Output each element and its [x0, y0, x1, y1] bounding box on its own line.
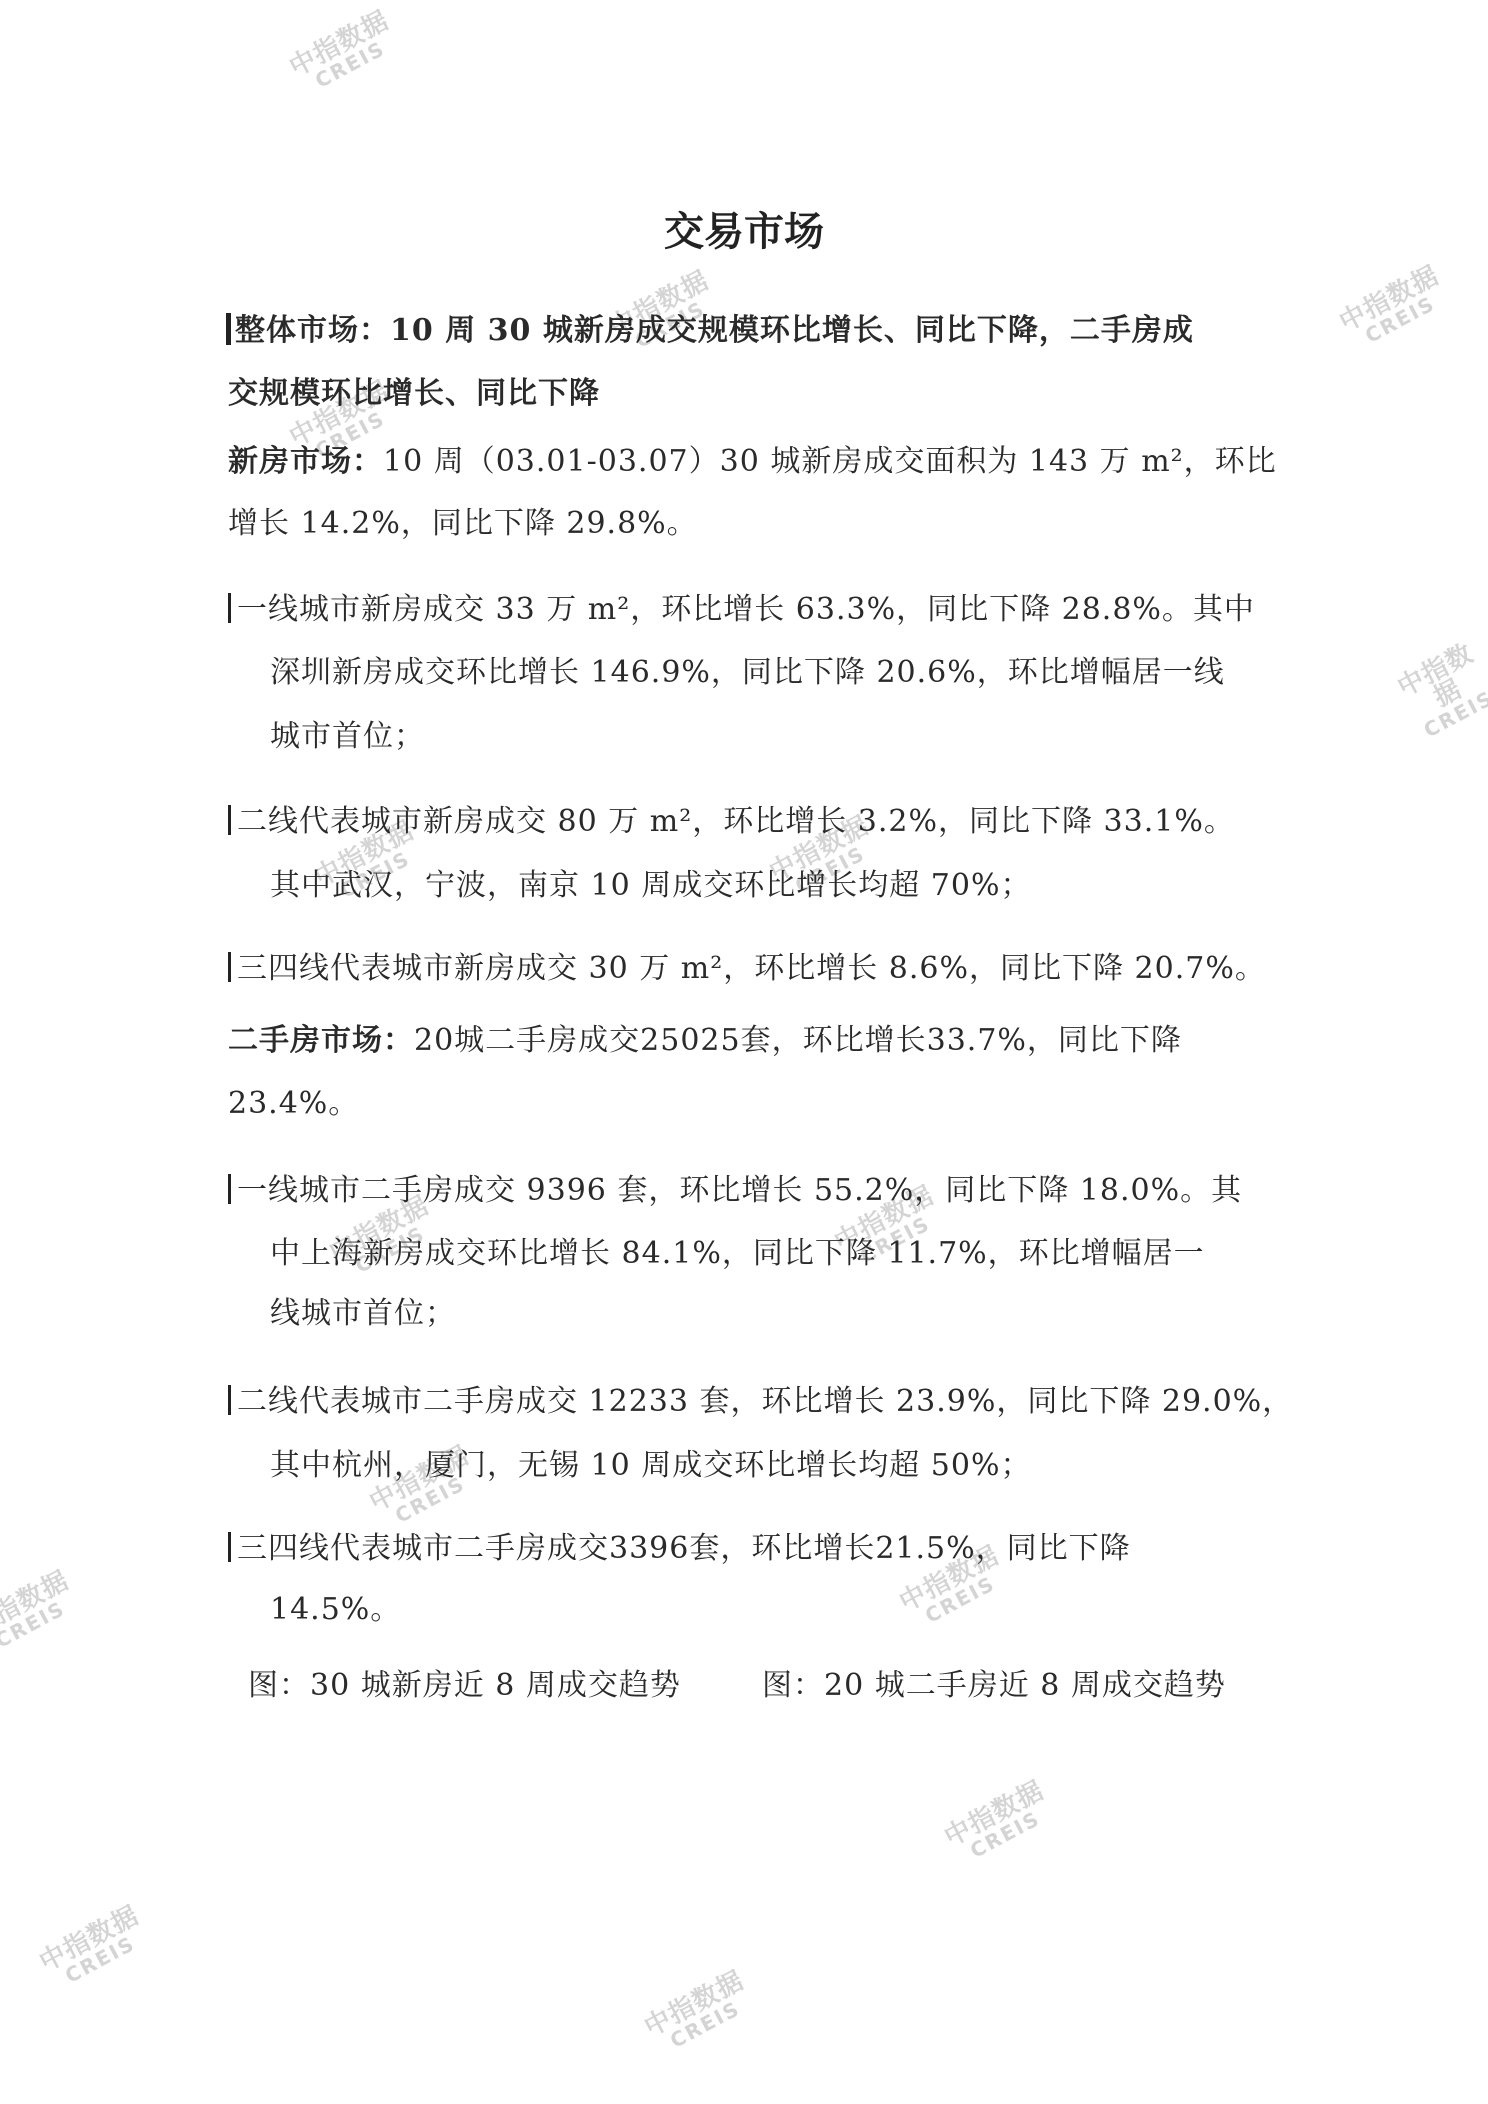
- overall-line-2: 交规模环比增长、同比下降: [228, 368, 1268, 412]
- second-hand-bullet-tier1: 一线城市二手房成交 9396 套，环比增长 55.2%，同比下降 18.0%。其: [228, 1165, 1268, 1209]
- new-house-label: 新房市场：: [228, 444, 383, 479]
- new-house-bullet-tier1-line3: 城市首位；: [270, 711, 1310, 755]
- second-hand-line-1: 20城二手房成交25025套，环比增长33.7%，同比下降: [414, 1023, 1182, 1058]
- second-hand-label: 二手房市场：: [228, 1023, 414, 1058]
- new-house-line-2: 增长 14.2%，同比下降 29.8%。: [228, 498, 1268, 542]
- overall-line-1: 10 周 30 城新房成交规模环比增长、同比下降，二手房成: [390, 313, 1194, 348]
- page-title: 交易市场: [0, 200, 1488, 257]
- caption-new-house-trend: 图：30 城新房近 8 周成交趋势: [248, 1660, 681, 1704]
- second-hand-bullet-tier1-line2: 中上海新房成交环比增长 84.1%，同比下降 11.7%，环比增幅居一: [270, 1228, 1310, 1272]
- second-hand-line-2: 23.4%。: [228, 1078, 1268, 1122]
- new-house-bullet-tier2: 二线代表城市新房成交 80 万 m²，环比增长 3.2%，同比下降 33.1%。: [228, 796, 1268, 840]
- caption-second-hand-trend: 图：20 城二手房近 8 周成交趋势: [762, 1660, 1226, 1704]
- new-house-bullet-tier2-line2: 其中武汉，宁波，南京 10 周成交环比增长均超 70%；: [270, 860, 1310, 904]
- watermark: 中指数据CREIS: [941, 1777, 1058, 1868]
- heading-bar-icon: [226, 313, 231, 345]
- second-hand-bullet-tier2: 二线代表城市二手房成交 12233 套，环比增长 23.9%，同比下降 29.0…: [228, 1376, 1268, 1420]
- bullet-bar-icon: [228, 952, 231, 982]
- new-house-line-1: 10 周（03.01-03.07）30 城新房成交面积为 143 万 m²，环比: [383, 444, 1277, 479]
- second-hand-bullet-tier3-line2: 14.5%。: [270, 1584, 1310, 1628]
- second-hand-summary: 二手房市场：20城二手房成交25025套，环比增长33.7%，同比下降: [228, 1015, 1268, 1059]
- watermark: 中指数据CREIS: [641, 1967, 758, 2058]
- bullet-bar-icon: [228, 1385, 231, 1415]
- new-house-summary: 新房市场：10 周（03.01-03.07）30 城新房成交面积为 143 万 …: [228, 436, 1268, 480]
- watermark: 中指数据CREIS: [36, 1902, 153, 1993]
- bullet-bar-icon: [228, 593, 231, 623]
- overall-market-heading: 整体市场：10 周 30 城新房成交规模环比增长、同比下降，二手房成: [226, 305, 1266, 349]
- second-hand-bullet-tier1-line3: 线城市首位；: [270, 1288, 1310, 1332]
- overall-label: 整体市场：: [235, 313, 390, 348]
- second-hand-bullet-tier2-line2: 其中杭州，厦门，无锡 10 周成交环比增长均超 50%；: [270, 1440, 1310, 1484]
- bullet-bar-icon: [228, 805, 231, 835]
- watermark: 中指数据CREIS: [1336, 262, 1453, 353]
- bullet-bar-icon: [228, 1532, 231, 1562]
- watermark: 中指数据CREIS: [0, 1567, 82, 1658]
- new-house-bullet-tier1-line2: 深圳新房成交环比增长 146.9%，同比下降 20.6%，环比增幅居一线: [270, 647, 1310, 691]
- watermark: 中指数据CREIS: [1393, 640, 1488, 743]
- new-house-bullet-tier1: 一线城市新房成交 33 万 m²，环比增长 63.3%，同比下降 28.8%。其…: [228, 584, 1268, 628]
- bullet-bar-icon: [228, 1174, 231, 1204]
- watermark: 中指数据CREIS: [286, 7, 403, 98]
- second-hand-bullet-tier3: 三四线代表城市二手房成交3396套，环比增长21.5%，同比下降: [228, 1523, 1268, 1567]
- new-house-bullet-tier3: 三四线代表城市新房成交 30 万 m²，环比增长 8.6%，同比下降 20.7%…: [228, 943, 1268, 987]
